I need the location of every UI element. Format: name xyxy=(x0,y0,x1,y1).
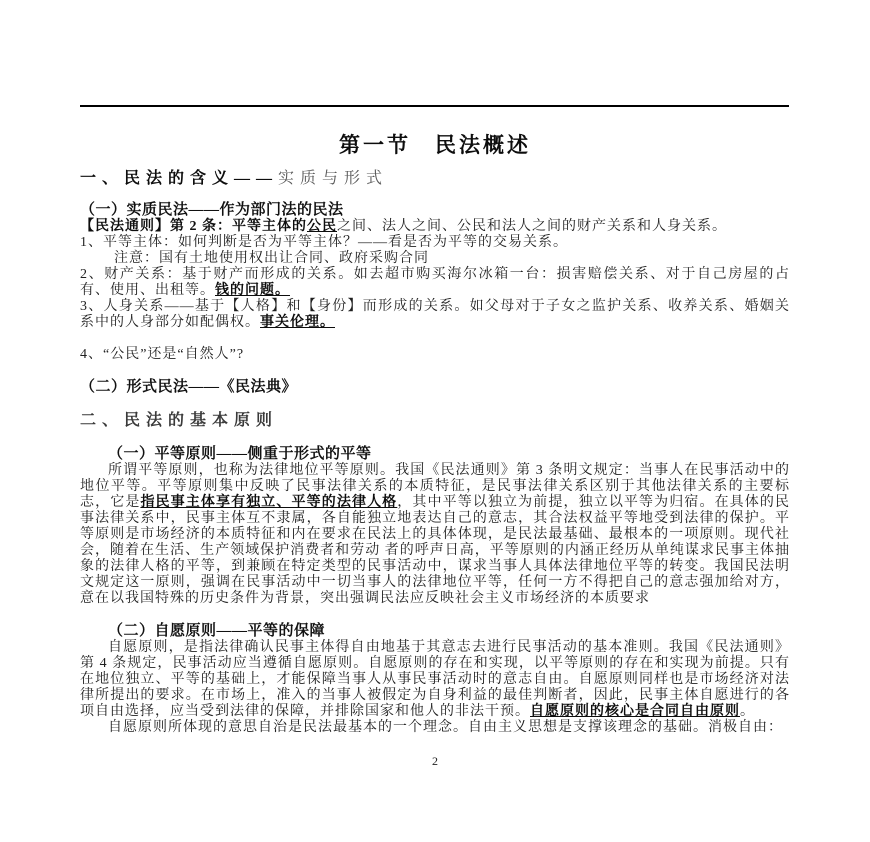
paragraph-property-relation: 2、财产关系：基于财产而形成的关系。如去超市购买海尔冰箱一台：损害赔偿关系、对于… xyxy=(80,267,790,299)
subsection-1-2-heading: （二）形式民法——《民法典》 xyxy=(80,379,790,396)
paragraph-personal-relation: 3、人身关系——基于【人格】和【身份】而形成的关系。如父母对于子女之监护关系、收… xyxy=(80,299,790,331)
subsection-1-1-body: 【民法通则】第 2 条：平等主体的公民之间、法人之间、公民和法人之间的财产关系和… xyxy=(80,219,790,363)
subsection-2-1-heading: （一）平等原则——侧重于形式的平等 xyxy=(80,446,790,463)
paragraph-text: ，其中平等以独立为前提，独立以平等为归宿。在具体的民事法律关系中，民事主体互不隶… xyxy=(80,495,790,606)
paragraph-note: 注意：国有土地使用权出让合同、政府采购合同 xyxy=(80,251,790,267)
paragraph-civil-law-article2: 【民法通则】第 2 条：平等主体的公民之间、法人之间、公民和法人之间的财产关系和… xyxy=(80,219,790,235)
paragraph-text: 3、人身关系——基于【人格】和【身份】而形成的关系。如父母对于子女之监护关系、收… xyxy=(80,299,790,330)
paragraph-voluntariness-principle: 自愿原则，是指法律确认民事主体得自由地基于其意志去进行民事活动的基本准则。我国《… xyxy=(80,640,790,720)
paragraph-text: 。 xyxy=(740,704,755,719)
subsection-2-2-heading: （二）自愿原则——平等的保障 xyxy=(80,623,790,640)
emphasis-ethics: 事关伦理。 xyxy=(260,315,335,330)
paragraph-equality-principle: 所谓平等原则，也称为法律地位平等原则。我国《民法通则》第 3 条明文规定：当事人… xyxy=(80,463,790,607)
emphasis-money-issue: 钱的问题。 xyxy=(215,283,290,298)
emphasis-contract-freedom: 自愿原则的核心是合同自由原则 xyxy=(530,704,740,719)
page-content: 第一节 民法概述 一、民法的含义——实质与形式 （一）实质民法——作为部门法的民… xyxy=(80,107,790,769)
section-1-heading-main: 一、民法的含义—— xyxy=(80,170,278,187)
subsection-2-2-body: 自愿原则，是指法律确认民事主体得自由地基于其意志去进行民事活动的基本准则。我国《… xyxy=(80,640,790,736)
paragraph-equal-subjects: 1、平等主体：如何判断是否为平等主体？——看是否为平等的交易关系。 xyxy=(80,235,790,251)
paragraph-autonomy-of-will: 自愿原则所体现的意思自治是民法最基本的一个理念。自由主义思想是支撑该理念的基础。… xyxy=(80,720,790,736)
page-number: 2 xyxy=(80,754,790,769)
document-page: 第一节 民法概述 一、民法的含义——实质与形式 （一）实质民法——作为部门法的民… xyxy=(0,0,870,842)
paragraph-text: 2、财产关系：基于财产而形成的关系。如去超市购买海尔冰箱一台：损害赔偿关系、对于… xyxy=(80,267,790,298)
subsection-1-1-heading: （一）实质民法——作为部门法的民法 xyxy=(80,202,790,219)
paragraph-tail: 之间、法人之间、公民和法人之间的财产关系和人身关系。 xyxy=(337,219,727,234)
page-title: 第一节 民法概述 xyxy=(80,129,790,159)
subsection-2-1-body: 所谓平等原则，也称为法律地位平等原则。我国《民法通则》第 3 条明文规定：当事人… xyxy=(80,463,790,607)
statute-name: 【民法通则】第 2 条：平等主体的 xyxy=(80,219,307,234)
emphasis-citizen: 公民 xyxy=(307,219,337,234)
section-1-heading: 一、民法的含义——实质与形式 xyxy=(80,169,790,188)
emphasis-legal-personality: 指民事主体享有独立、平等的法律人格 xyxy=(140,495,397,510)
section-2-heading: 二、民法的基本原则 xyxy=(80,411,790,430)
section-1-heading-sub: 实质与形式 xyxy=(278,170,388,187)
paragraph-citizen-or-natural-person: 4、“公民”还是“自然人”? xyxy=(80,347,790,363)
